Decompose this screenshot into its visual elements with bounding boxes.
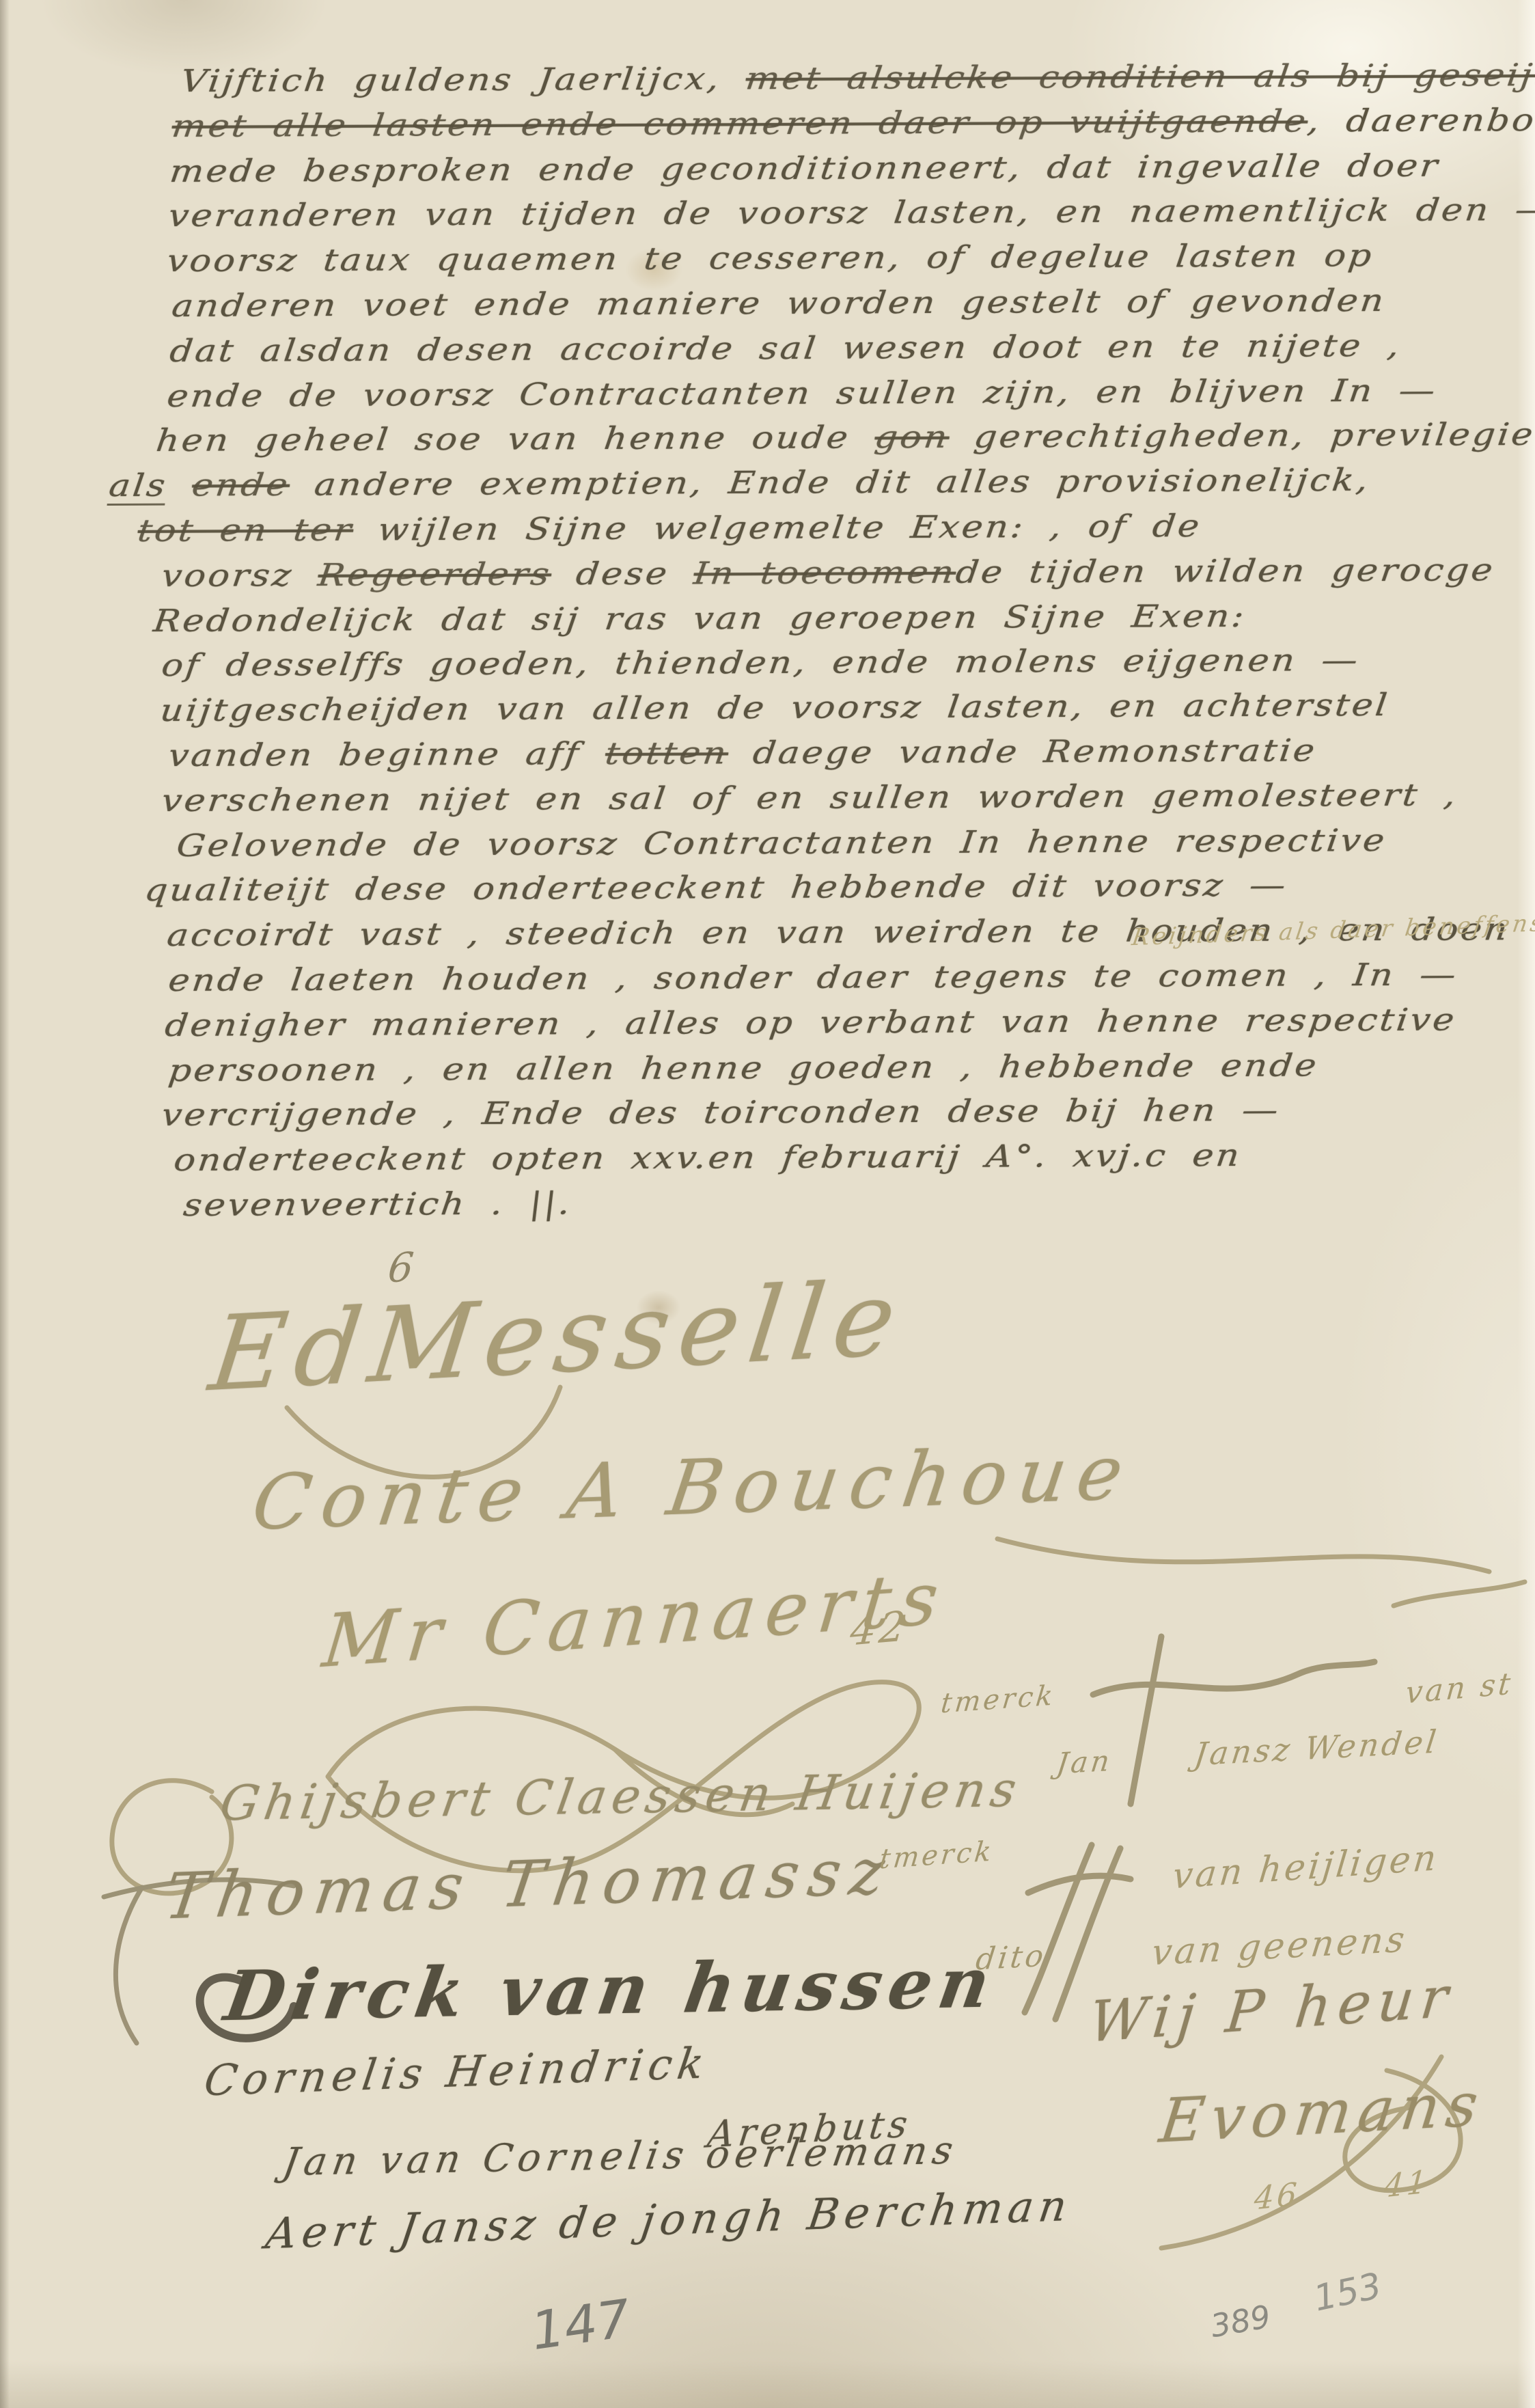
text-segment: verschenen nijet en sal of en sullen wor… bbox=[160, 776, 1460, 819]
manuscript-line: tot en ter wijlen Sijne welgemelte Exen:… bbox=[136, 508, 1204, 549]
manuscript-line: voorsz taux quaemen te cesseren, of dege… bbox=[165, 237, 1376, 279]
text-segment: voorsz taux quaemen te cesseren, of dege… bbox=[165, 237, 1376, 279]
text-segment: dese bbox=[549, 555, 696, 592]
struck-text: totten bbox=[603, 735, 730, 771]
text-segment: ende laeten houden , sonder daer tegens … bbox=[167, 956, 1461, 998]
wendel-cross-mark bbox=[1093, 1637, 1374, 1804]
manuscript-line: met alle lasten ende commeren daer op vu… bbox=[170, 100, 1535, 143]
mark-annotation: 42 bbox=[848, 1602, 910, 1656]
manuscript-line: hen geheel soe van henne oude gon gerech… bbox=[154, 416, 1535, 459]
text-segment: ende de voorsz Contractanten sullen zijn… bbox=[165, 372, 1439, 413]
manuscript-line: uijtgescheijden van allen de voorsz last… bbox=[158, 687, 1392, 728]
text-segment: wijlen Sijne welgemelte Exen: , of de bbox=[351, 508, 1204, 548]
text-segment: denigher manieren , alles op verbant van… bbox=[163, 1001, 1458, 1043]
text-segment: Vijftich guldens Jaerlijcx, bbox=[179, 60, 748, 99]
text-segment: veranderen van tijden de voorsz lasten, … bbox=[167, 191, 1535, 234]
text-segment: daege vande Remonstratie bbox=[726, 732, 1319, 771]
struck-text: In toecomen bbox=[692, 554, 958, 592]
text-segment: uijtgescheijden van allen de voorsz last… bbox=[158, 687, 1392, 728]
manuscript-line: onderteeckent opten xxv.en februarij A°.… bbox=[172, 1137, 1244, 1178]
bouchoue-flourish-end bbox=[1394, 1582, 1525, 1606]
bouchoue-flourish bbox=[997, 1539, 1489, 1572]
manuscript-line: vercrijgende , Ende des toirconden dese … bbox=[160, 1092, 1282, 1133]
struck-text: gon bbox=[873, 419, 952, 455]
text-segment: onderteeckent opten xxv.en februarij A°.… bbox=[172, 1137, 1244, 1178]
text-segment: persoonen , en allen henne goeden , hebb… bbox=[167, 1047, 1320, 1089]
manuscript-line: persoonen , en allen henne goeden , hebb… bbox=[167, 1047, 1320, 1089]
manuscript-line: verschenen nijet en sal of en sullen wor… bbox=[160, 776, 1460, 819]
manuscript-line: anderen voet ende maniere worden gestelt… bbox=[170, 282, 1388, 324]
text-segment: voorsz bbox=[160, 557, 320, 594]
struck-text: met alsulcke conditien als bij geseijt bbox=[744, 57, 1535, 96]
manuscript-line: als ende andere exemptien, Ende dit alle… bbox=[107, 462, 1372, 504]
manuscript-line: denigher manieren , alles op verbant van… bbox=[163, 1001, 1458, 1043]
struck-text: ende bbox=[190, 467, 292, 504]
text-segment: mede besproken ende geconditionneert, da… bbox=[168, 147, 1442, 189]
text-segment: Gelovende de voorsz Contractanten In hen… bbox=[175, 822, 1389, 864]
text-segment: gerechtigheden, previlegien bbox=[948, 416, 1535, 455]
mark-annotation: 46 bbox=[1253, 2175, 1301, 2217]
struck-text: met alle lasten ende commeren daer op vu… bbox=[170, 102, 1310, 143]
text-segment: de tijden wilden gerocge bbox=[954, 551, 1497, 590]
manuscript-line: Vijftich guldens Jaerlijcx, met alsulcke… bbox=[179, 57, 1535, 99]
text-segment: vercrijgende , Ende des toirconden dese … bbox=[160, 1092, 1282, 1133]
struck-text: tot en ter bbox=[136, 512, 356, 549]
manuscript-line: of desselffs goeden, thienden, ende mole… bbox=[160, 642, 1362, 683]
manuscript-line: sevenveertich . ||. bbox=[182, 1185, 575, 1223]
mark-annotation: Jan bbox=[1055, 1744, 1114, 1781]
manuscript-line: mede besproken ende geconditionneert, da… bbox=[168, 147, 1442, 189]
manuscript-line: qualiteijt dese onderteeckent hebbende d… bbox=[143, 867, 1290, 909]
manuscript-line: ende de voorsz Contractanten sullen zijn… bbox=[165, 372, 1439, 413]
text-segment: hen geheel soe van henne oude bbox=[154, 420, 877, 459]
manuscript-line: voorsz Regeerders dese In toecomende tij… bbox=[160, 551, 1497, 594]
manuscript-page: Vijftich guldens Jaerlijcx, met alsulcke… bbox=[0, 0, 1535, 2408]
text-segment: Redondelijck dat sij ras van geroepen Si… bbox=[152, 597, 1248, 638]
manuscript-line: ende laeten houden , sonder daer tegens … bbox=[167, 956, 1461, 998]
mark-annotation: 6 bbox=[386, 1243, 419, 1292]
text-segment: sevenveertich . ||. bbox=[182, 1185, 575, 1223]
text-segment: , daerenbouden Is — bbox=[1305, 100, 1535, 139]
text-segment: vanden beginne aff bbox=[167, 735, 608, 774]
manuscript-line: Redondelijck dat sij ras van geroepen Si… bbox=[152, 597, 1248, 638]
manuscript-line: Gelovende de voorsz Contractanten In hen… bbox=[175, 822, 1389, 864]
text-segment: andere exemptien, Ende dit alles provisi… bbox=[288, 462, 1372, 503]
signature: Dirck van hussen bbox=[219, 1942, 1002, 2036]
mark-annotation: 41 bbox=[1383, 2163, 1430, 2205]
mark-annotation: dito bbox=[974, 1939, 1049, 1978]
struck-text: Regeerders bbox=[316, 556, 554, 593]
text-segment: anderen voet ende maniere worden gestelt… bbox=[170, 282, 1388, 324]
text-segment: of desselffs goeden, thienden, ende mole… bbox=[160, 642, 1362, 683]
manuscript-line: veranderen van tijden de voorsz lasten, … bbox=[167, 191, 1535, 234]
manuscript-line: vanden beginne aff totten daege vande Re… bbox=[167, 732, 1319, 774]
manuscript-line: dat alsdan desen accoirde sal wesen doot… bbox=[168, 327, 1404, 369]
text-segment bbox=[165, 467, 195, 504]
underlined-word: als bbox=[107, 467, 169, 506]
text-segment: qualiteijt dese onderteeckent hebbende d… bbox=[143, 867, 1290, 909]
text-segment: dat alsdan desen accoirde sal wesen doot… bbox=[168, 327, 1404, 369]
